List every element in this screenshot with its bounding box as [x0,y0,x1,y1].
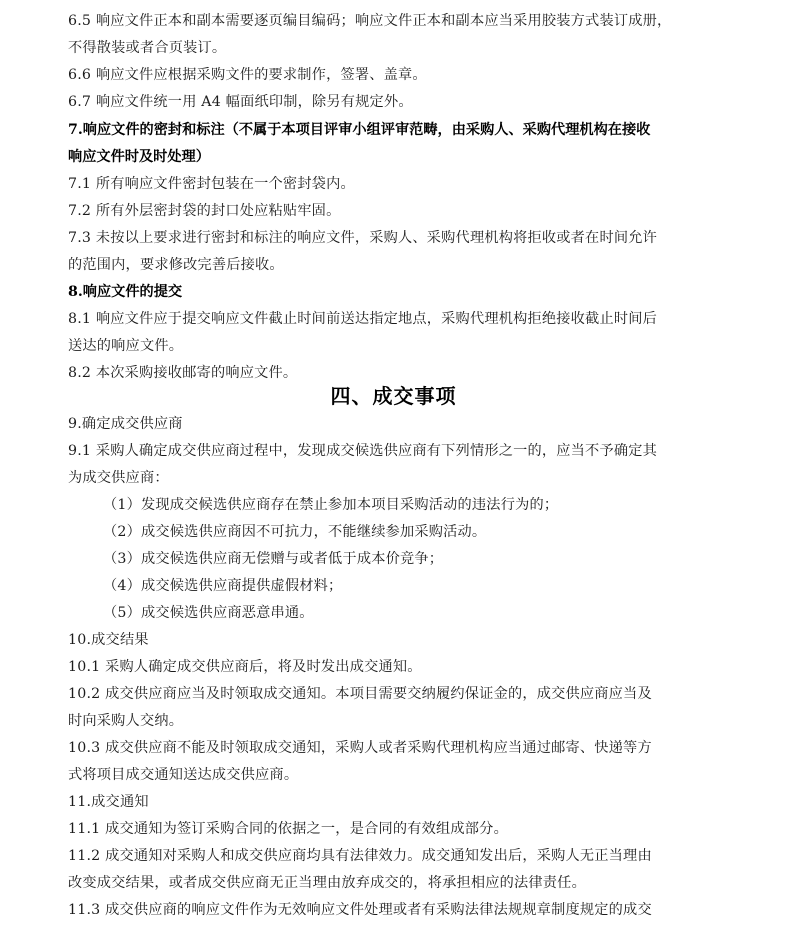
clause-11-1: 11.1 成交通知为签订采购合同的依据之一，是合同的有效组成部分。 [68,820,508,838]
clause-7-2: 7.2 所有外层密封袋的封口处应粘贴牢固。 [68,202,340,220]
clause-10-3-line-1: 10.3 成交供应商不能及时领取成交通知，采购人或者采购代理机构应当通过邮寄、快… [68,739,652,757]
list-item-4: （4）成交候选供应商提供虚假材料； [103,577,342,595]
clause-7-3-line-2: 的范围内，要求修改完善后接收。 [68,256,284,274]
clause-10-2-line-2: 时向采购人交纳。 [68,712,183,730]
section-8-title: 8.响应文件的提交 [68,283,182,301]
clause-8-1-line-1: 8.1 响应文件应于提交响应文件截止时间前送达指定地点，采购代理机构拒绝接收截止… [68,310,657,328]
document-page: 6.5 响应文件正本和副本需要逐页编目编码；响应文件正本和副本应当采用胶装方式装… [0,0,787,925]
clause-7-3-line-1: 7.3 未按以上要求进行密封和标注的响应文件，采购人、采购代理机构将拒收或者在时… [68,229,657,247]
clause-6-7: 6.7 响应文件统一用 A4 幅面纸印制，除另有规定外。 [68,93,413,111]
clause-10-2-line-1: 10.2 成交供应商应当及时领取成交通知。本项目需要交纳履约保证金的，成交供应商… [68,685,652,703]
clause-6-5-line-2: 不得散装或者合页装订。 [68,39,226,57]
clause-9-1-line-2: 为成交供应商： [68,469,169,487]
section-7-title-line-1: 7.响应文件的密封和标注（不属于本项目评审小组评审范畴，由采购人、采购代理机构在… [68,121,650,139]
section-9-title: 9.确定成交供应商 [68,415,183,433]
section-heading-chapter-4: 四、成交事项 [0,384,787,408]
section-11-title: 11.成交通知 [68,793,149,811]
section-10-title: 10.成交结果 [68,631,149,649]
clause-10-3-line-2: 式将项目成交通知送达成交供应商。 [68,766,298,784]
clause-10-1: 10.1 采购人确定成交供应商后，将及时发出成交通知。 [68,658,422,676]
clause-11-3-line-1: 11.3 成交供应商的响应文件作为无效响应文件处理或者有采购法律法规规章制度规定… [68,901,652,919]
list-item-5: （5）成交候选供应商恶意串通。 [103,604,314,622]
clause-9-1-line-1: 9.1 采购人确定成交供应商过程中，发现成交候选供应商有下列情形之一的，应当不予… [68,442,657,460]
clause-6-6: 6.6 响应文件应根据采购文件的要求制作，签署、盖章。 [68,66,427,84]
list-item-1: （1）发现成交候选供应商存在禁止参加本项目采购活动的违法行为的； [103,496,558,514]
clause-7-1: 7.1 所有响应文件密封包装在一个密封袋内。 [68,175,355,193]
clause-8-2: 8.2 本次采购接收邮寄的响应文件。 [68,364,297,382]
section-7-title-line-2: 响应文件时及时处理） [68,148,210,166]
clause-11-2-line-1: 11.2 成交通知对采购人和成交供应商均具有法律效力。成交通知发出后，采购人无正… [68,847,652,865]
list-item-3: （3）成交候选供应商无偿赠与或者低于成本价竞争； [103,550,443,568]
list-item-2: （2）成交候选供应商因不可抗力，不能继续参加采购活动。 [103,523,486,541]
clause-11-2-line-2: 改变成交结果，或者成交供应商无正当理由放弃成交的，将承担相应的法律责任。 [68,874,586,892]
clause-6-5-line-1: 6.5 响应文件正本和副本需要逐页编目编码；响应文件正本和副本应当采用胶装方式装… [68,12,671,30]
clause-8-1-line-2: 送达的响应文件。 [68,337,183,355]
